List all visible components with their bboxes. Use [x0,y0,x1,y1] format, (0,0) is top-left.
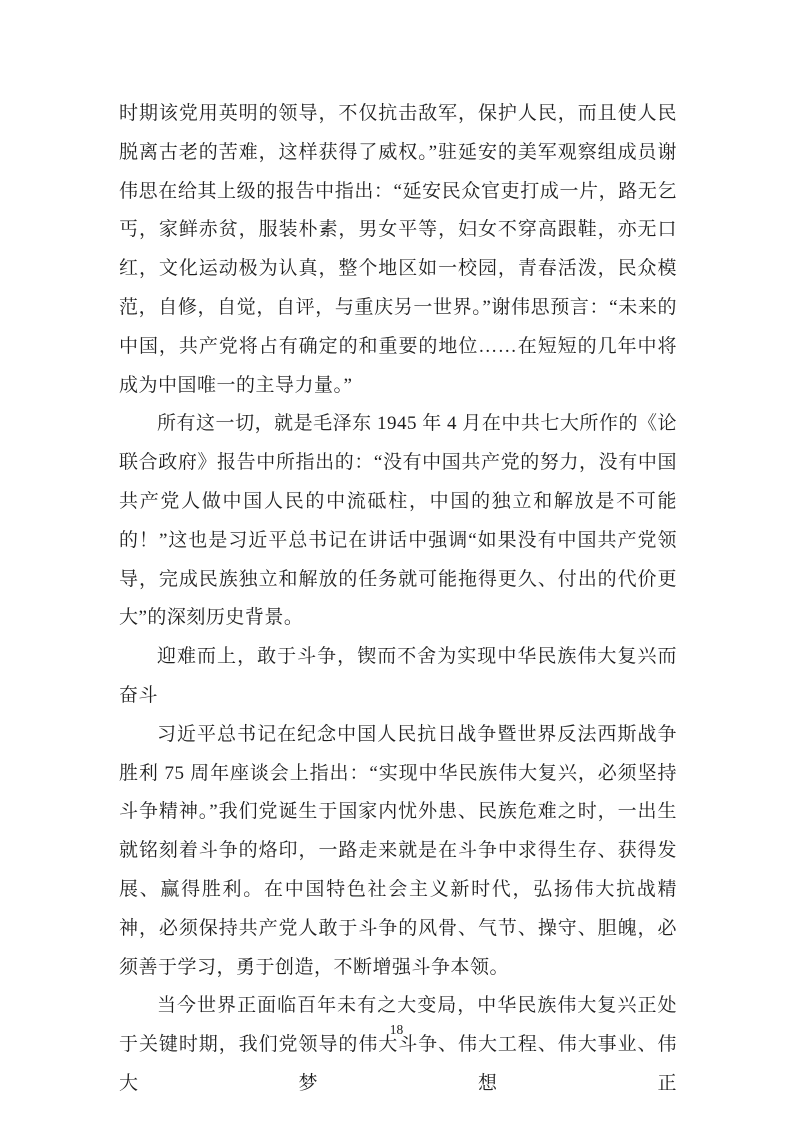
document-page: 时期该党用英明的领导，不仅抗击敌军，保护人民，而且使人民脱离古老的苦难，这样获得… [0,0,793,1122]
section-subheading: 迎难而上，敢于斗争，锲而不舍为实现中华民族伟大复兴而奋斗 [119,638,677,716]
page-number: 18 [0,1022,793,1038]
text-block: 时期该党用英明的领导，不仅抗击敌军，保护人民，而且使人民脱离古老的苦难，这样获得… [119,95,677,1104]
body-paragraph: 所有这一切，就是毛泽东 1945 年 4 月在中共七大所作的《论联合政府》报告中… [119,405,677,638]
body-paragraph: 当今世界正面临百年未有之大变局，中华民族伟大复兴正处于关键时期，我们党领导的伟大… [119,987,677,1103]
body-paragraph: 习近平总书记在纪念中国人民抗日战争暨世界反法西斯战争胜利 75 周年座谈会上指出… [119,716,677,988]
body-paragraph-continuation: 时期该党用英明的领导，不仅抗击敌军，保护人民，而且使人民脱离古老的苦难，这样获得… [119,95,677,405]
